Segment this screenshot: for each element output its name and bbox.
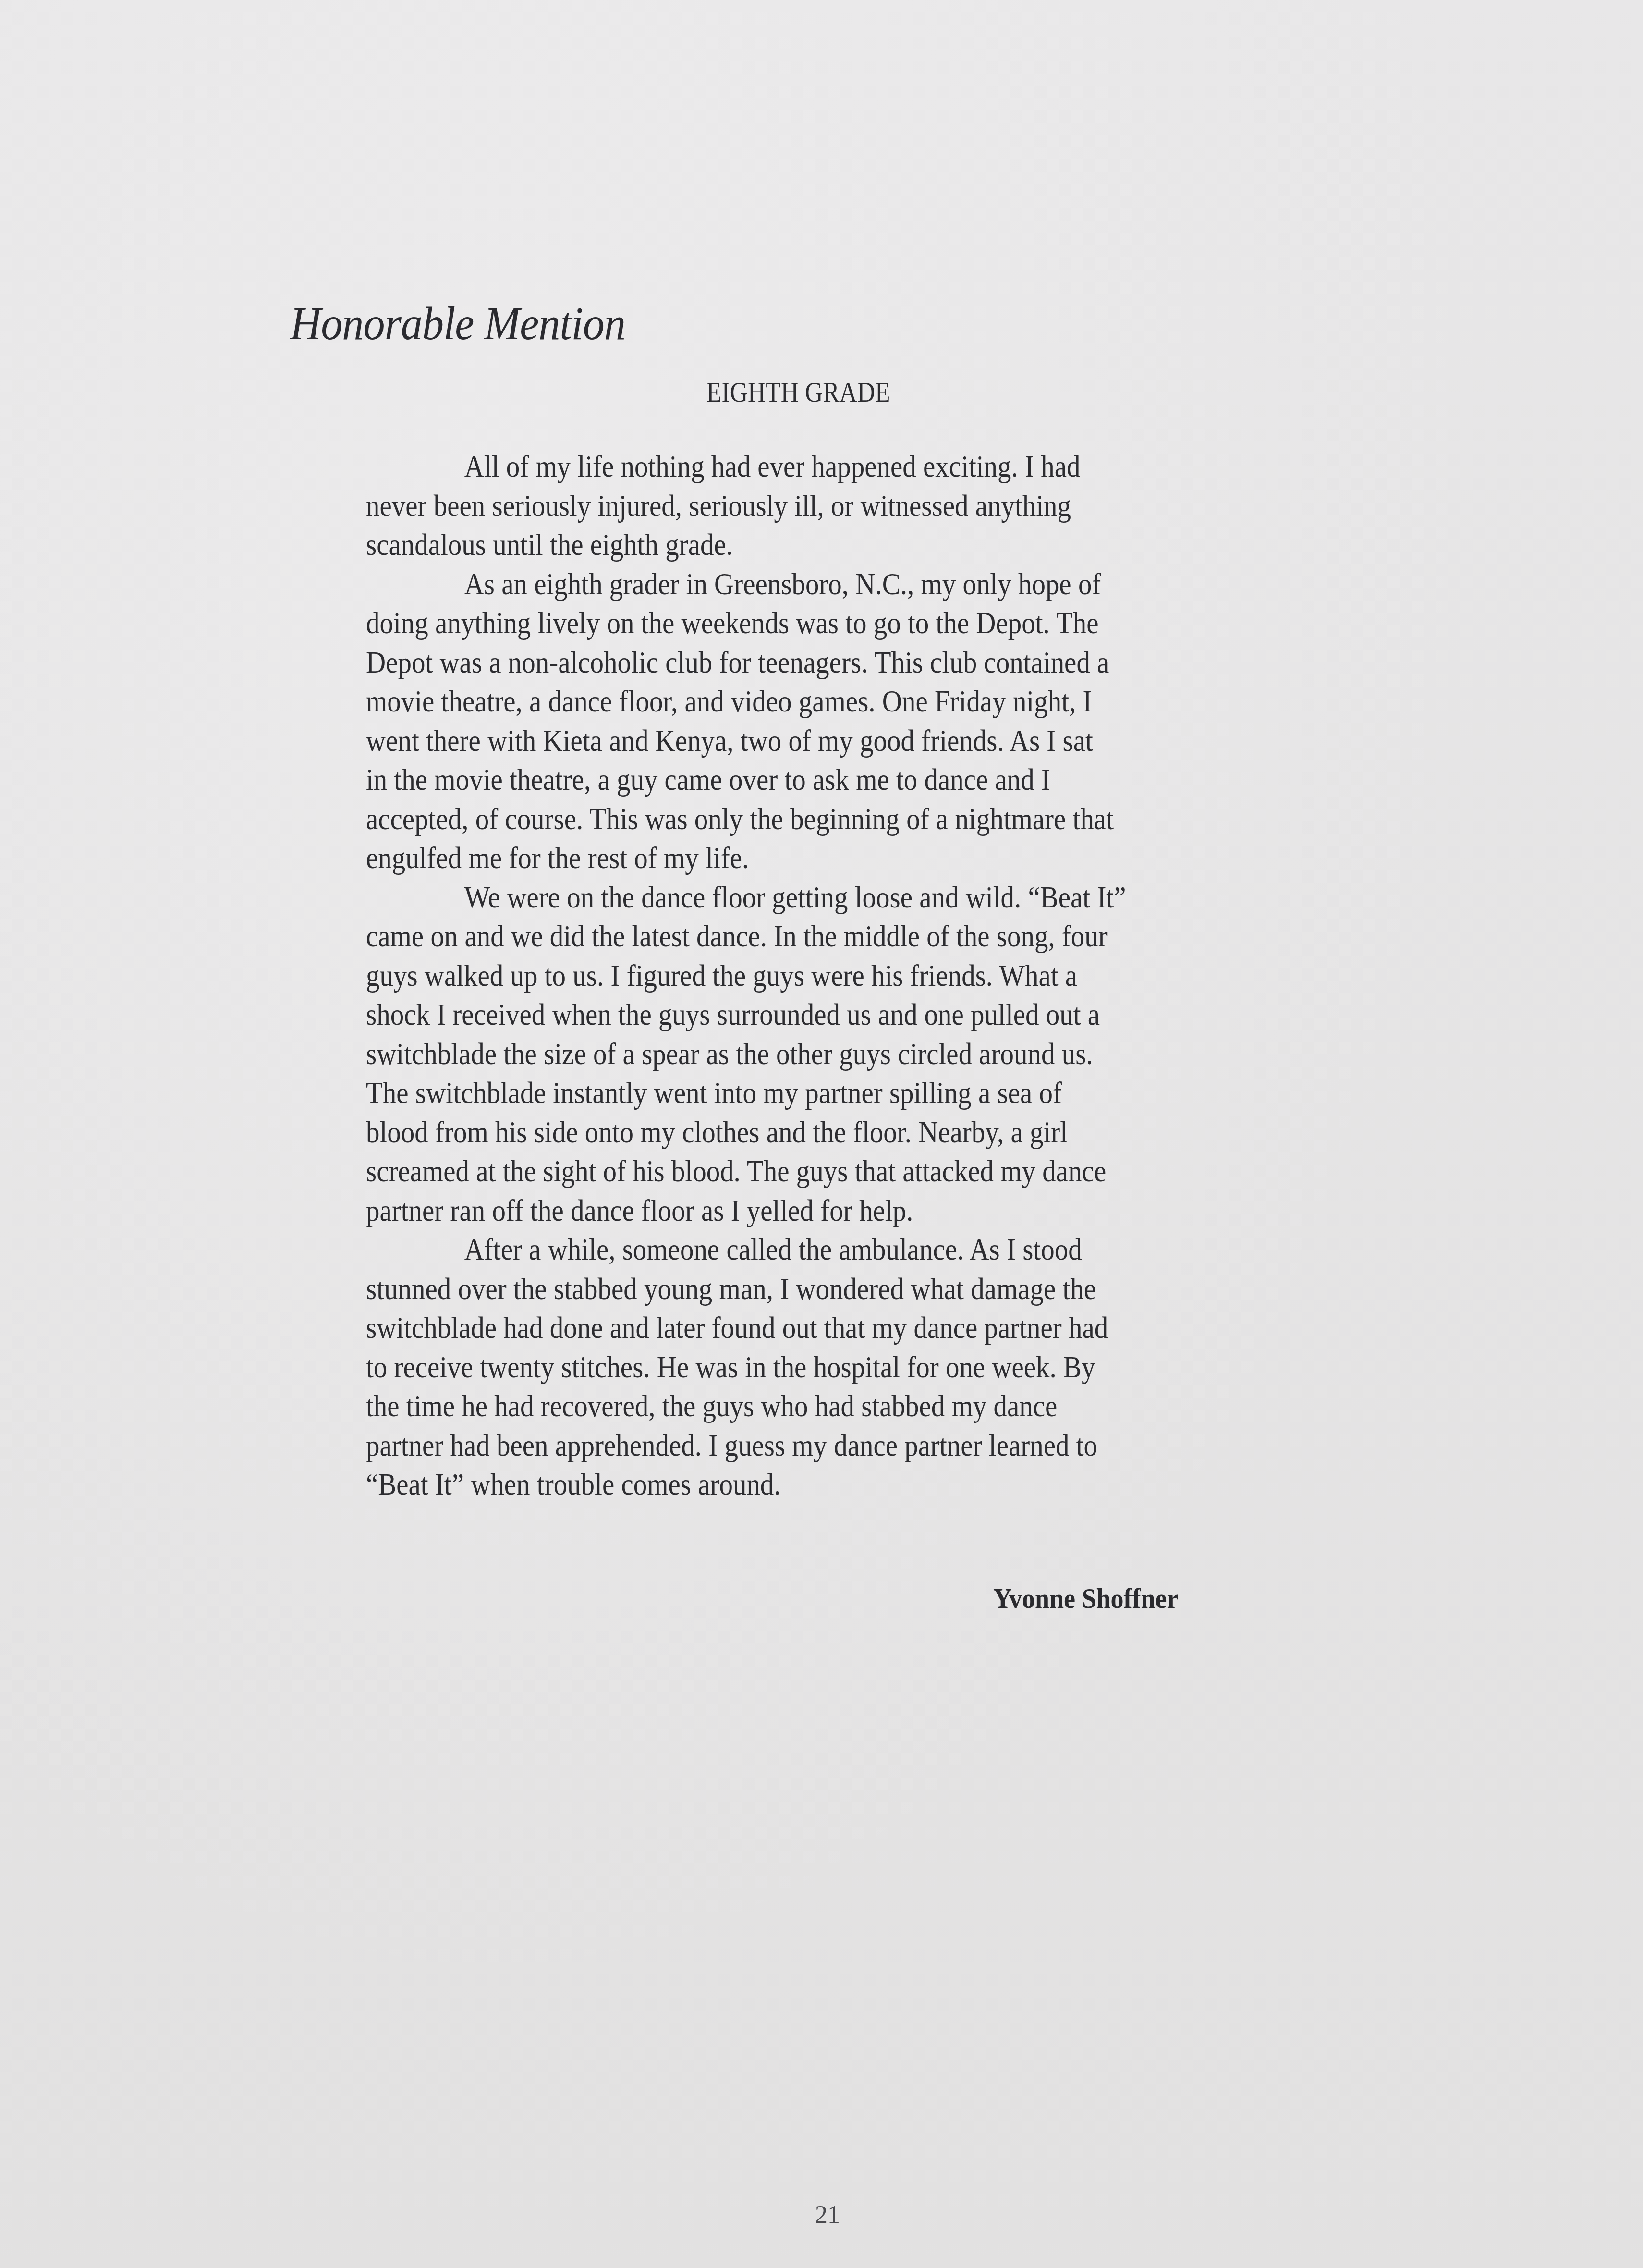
- essay-paragraph: All of my life nothing had ever happened…: [366, 447, 1302, 564]
- essay-paragraph: We were on the dance floor getting loose…: [366, 878, 1302, 1230]
- essay-line: to receive twenty stitches. He was in th…: [366, 1348, 1200, 1387]
- award-heading: Honorable Mention: [290, 297, 625, 351]
- essay-line: came on and we did the latest dance. In …: [366, 917, 1200, 956]
- essay-line: shock I received when the guys surrounde…: [366, 995, 1200, 1034]
- essay-line: partner ran off the dance floor as I yel…: [366, 1191, 1200, 1230]
- essay-line: guys walked up to us. I figured the guys…: [366, 956, 1200, 995]
- essay-line: went there with Kieta and Kenya, two of …: [366, 721, 1200, 760]
- essay-line: in the movie theatre, a guy came over to…: [366, 760, 1200, 799]
- essay-line: The switchblade instantly went into my p…: [366, 1073, 1200, 1113]
- essay-line: Depot was a non-alcoholic club for teena…: [366, 643, 1200, 682]
- essay-line: movie theatre, a dance floor, and video …: [366, 682, 1200, 721]
- essay-line: blood from his side onto my clothes and …: [366, 1113, 1200, 1152]
- grade-subheading: EIGHTH GRADE: [706, 376, 890, 409]
- essay-line: We were on the dance floor getting loose…: [366, 878, 1200, 917]
- essay-line: switchblade the size of a spear as the o…: [366, 1034, 1200, 1074]
- essay-line: partner had been apprehended. I guess my…: [366, 1426, 1200, 1465]
- essay-line: never been seriously injured, seriously …: [366, 486, 1200, 526]
- essay-line: “Beat It” when trouble comes around.: [366, 1465, 1200, 1504]
- essay-line: engulfed me for the rest of my life.: [366, 838, 1200, 878]
- essay-line: the time he had recovered, the guys who …: [366, 1386, 1200, 1426]
- essay-body: All of my life nothing had ever happened…: [366, 447, 1302, 1504]
- page-number: 21: [815, 2201, 840, 2229]
- essay-line: stunned over the stabbed young man, I wo…: [366, 1269, 1200, 1309]
- essay-line: As an eighth grader in Greensboro, N.C.,…: [366, 564, 1200, 604]
- essay-line: switchblade had done and later found out…: [366, 1308, 1200, 1348]
- essay-line: scandalous until the eighth grade.: [366, 525, 1200, 564]
- essay-line: screamed at the sight of his blood. The …: [366, 1152, 1200, 1191]
- essay-line: doing anything lively on the weekends wa…: [366, 603, 1200, 643]
- essay-line: After a while, someone called the ambula…: [366, 1230, 1200, 1269]
- essay-line: accepted, of course. This was only the b…: [366, 799, 1200, 839]
- author-name: Yvonne Shoffner: [993, 1582, 1179, 1615]
- essay-paragraph: As an eighth grader in Greensboro, N.C.,…: [366, 564, 1302, 878]
- essay-paragraph: After a while, someone called the ambula…: [366, 1230, 1302, 1504]
- essay-line: All of my life nothing had ever happened…: [366, 447, 1200, 486]
